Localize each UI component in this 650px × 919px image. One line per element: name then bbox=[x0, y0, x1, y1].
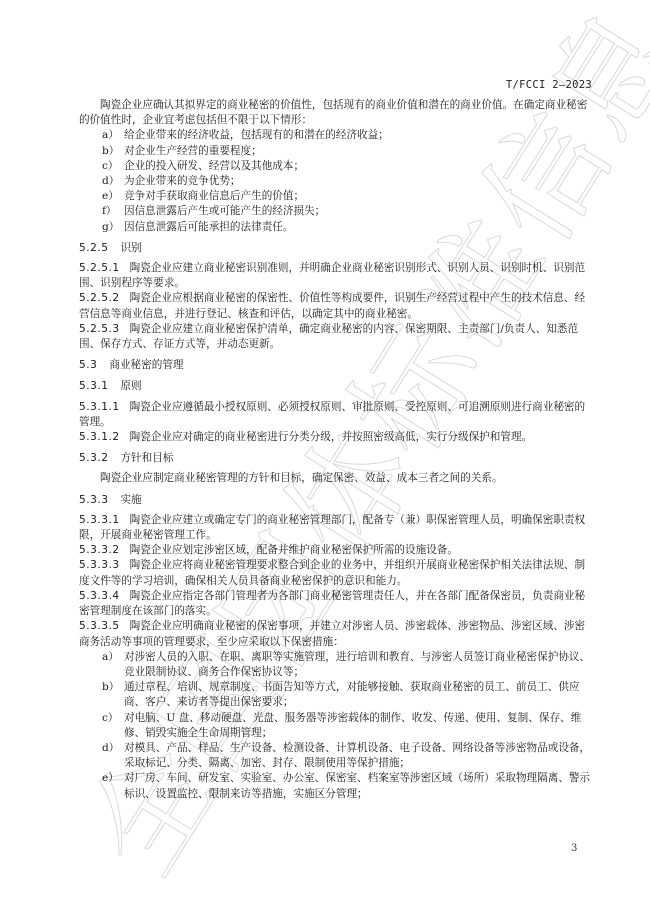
list-item-text: 对电脑、U 盘、移动硬盘、光盘、服务器等涉密载体的制作、收发、传递、使用、复制、… bbox=[124, 712, 581, 739]
clause-5-3-3-2: 5.3.3.2陶瓷企业应划定涉密区域，配备并维护商业秘密保护所需的设施设备。 bbox=[79, 543, 594, 558]
clause-5-3-3-4: 5.3.3.4陶瓷企业应指定各部门管理者为各部门商业秘密管理责任人，并在各部门配… bbox=[79, 589, 594, 619]
intro-paragraph: 陶瓷企业应确认其拟界定的商业秘密的价值性，包括现有的商业价值和潜在的商业价值。在… bbox=[79, 98, 594, 128]
list-item-text: 竞争对手获取商业信息后产生的价值； bbox=[124, 190, 304, 202]
page-number: 3 bbox=[571, 843, 577, 854]
section-heading-5-3-2: 5.3.2方针和目标 bbox=[79, 451, 594, 466]
list-item: e）竞争对手获取商业信息后产生的价值； bbox=[79, 189, 594, 204]
list-item-text: 因信息泄露后可能承担的法律责任。 bbox=[124, 221, 294, 233]
section-number: 5.3.1 bbox=[79, 380, 108, 392]
list-marker: b） bbox=[102, 144, 119, 159]
list-item: b）对企业生产经营的重要程度； bbox=[79, 144, 594, 159]
list-item-text: 通过章程、培训、规章制度、书面告知等方式，对能够接触、获取商业秘密的员工、前员工… bbox=[124, 681, 580, 708]
clause-5-2-5-2: 5.2.5.2陶瓷企业应根据商业秘密的保密性、价值性等构成要件，识别生产经营过程… bbox=[79, 291, 594, 321]
section-number: 5.3.3 bbox=[79, 494, 108, 506]
section-title: 实施 bbox=[120, 494, 141, 506]
list-item: b）通过章程、培训、规章制度、书面告知等方式，对能够接触、获取商业秘密的员工、前… bbox=[79, 680, 594, 710]
clause-text: 陶瓷企业应划定涉密区域，配备并维护商业秘密保护所需的设施设备。 bbox=[130, 544, 458, 556]
list-marker: e） bbox=[102, 189, 119, 204]
section-title: 商业秘密的管理 bbox=[109, 359, 183, 371]
section-number: 5.2.5 bbox=[79, 242, 108, 254]
list-marker: a） bbox=[102, 650, 119, 665]
list-marker: b） bbox=[102, 680, 119, 695]
value-criteria-list: a）给企业带来的经济收益，包括现有的和潜在的经济收益； b）对企业生产经营的重要… bbox=[79, 128, 594, 234]
clause-text: 陶瓷企业应对确定的商业秘密进行分类分级，并按照密级高低，实行分级保护和管理。 bbox=[130, 431, 533, 443]
clause-number: 5.3.3.2 bbox=[79, 544, 120, 556]
clause-5-3-3-1: 5.3.3.1陶瓷企业应建立或确定专门的商业秘密管理部门，配备专（兼）职保密管理… bbox=[79, 513, 594, 543]
clause-text: 陶瓷企业应明确商业秘密的保密事项，并建立对涉密人员、涉密载体、涉密物品、涉密区域… bbox=[79, 620, 585, 647]
list-item: a）对涉密人员的入职、在职、离职等实施管理，进行培训和教育、与涉密人员签订商业秘… bbox=[79, 650, 594, 680]
list-marker: f） bbox=[102, 204, 117, 219]
list-marker: g） bbox=[102, 220, 119, 235]
clause-5-3-3-3: 5.3.3.3陶瓷企业应将商业秘密管理要求整合到企业的业务中，并组织开展商业秘密… bbox=[79, 558, 594, 588]
clause-number: 5.3.1.2 bbox=[79, 431, 120, 443]
list-marker: d） bbox=[102, 741, 119, 756]
clause-text: 陶瓷企业应建立商业秘密保护清单，确定商业秘密的内容、保密期限、主责部门/负责人、… bbox=[79, 323, 578, 350]
list-item-text: 对涉密人员的入职、在职、离职等实施管理，进行培训和教育、与涉密人员签订商业秘密保… bbox=[124, 651, 590, 678]
list-marker: e） bbox=[102, 771, 119, 786]
confidentiality-measures-list: a）对涉密人员的入职、在职、离职等实施管理，进行培训和教育、与涉密人员签订商业秘… bbox=[79, 650, 594, 802]
list-item-text: 给企业带来的经济收益，包括现有的和潜在的经济收益； bbox=[124, 129, 389, 141]
clause-5-3-3-5: 5.3.3.5陶瓷企业应明确商业秘密的保密事项，并建立对涉密人员、涉密载体、涉密… bbox=[79, 619, 594, 649]
clause-text: 陶瓷企业应遵循最小授权原则、必须授权原则、审批原则、受控原则、可追溯原则进行商业… bbox=[79, 401, 585, 428]
clause-5-3-1-1: 5.3.1.1陶瓷企业应遵循最小授权原则、必须授权原则、审批原则、受控原则、可追… bbox=[79, 400, 594, 430]
clause-number: 5.3.3.3 bbox=[79, 559, 120, 571]
clause-text: 陶瓷企业应根据商业秘密的保密性、价值性等构成要件，识别生产经营过程中产生的技术信… bbox=[79, 292, 585, 319]
list-item: e）对厂房、车间、研发室、实验室、办公室、保密室、档案室等涉密区域（场所）采取物… bbox=[79, 771, 594, 801]
list-item: c）对电脑、U 盘、移动硬盘、光盘、服务器等涉密载体的制作、收发、传递、使用、复… bbox=[79, 711, 594, 741]
section-heading-5-2-5: 5.2.5识别 bbox=[79, 241, 594, 256]
section-title: 原则 bbox=[120, 380, 141, 392]
list-marker: c） bbox=[102, 711, 119, 726]
clause-text: 陶瓷企业应将商业秘密管理要求整合到企业的业务中，并组织开展商业秘密保护相关法律法… bbox=[79, 559, 585, 586]
list-marker: d） bbox=[102, 174, 119, 189]
clause-5-2-5-1: 5.2.5.1陶瓷企业应建立商业秘密识别准则，并明确企业商业秘密识别形式、识别人… bbox=[79, 261, 594, 291]
section-number: 5.3.2 bbox=[79, 452, 108, 464]
document-page: T/FCCI 2—2023 陶瓷企业应确认其拟界定的商业秘密的价值性，包括现有的… bbox=[0, 0, 650, 919]
clause-5-2-5-3: 5.2.5.3陶瓷企业应建立商业秘密保护清单，确定商业秘密的内容、保密期限、主责… bbox=[79, 322, 594, 352]
list-item: d）为企业带来的竞争优势； bbox=[79, 174, 594, 189]
list-item: c）企业的投入研发、经营以及其他成本； bbox=[79, 159, 594, 174]
section-title: 识别 bbox=[120, 242, 141, 254]
clause-number: 5.2.5.3 bbox=[79, 323, 120, 335]
section-title: 方针和目标 bbox=[120, 452, 173, 464]
list-item-text: 因信息泄露后产生或可能产生的经济损失； bbox=[124, 205, 325, 217]
standard-code-header: T/FCCI 2—2023 bbox=[506, 79, 592, 91]
clause-5-3-1-2: 5.3.1.2陶瓷企业应对确定的商业秘密进行分类分级，并按照密级高低，实行分级保… bbox=[79, 430, 594, 445]
clause-number: 5.3.1.1 bbox=[79, 401, 120, 413]
list-item-text: 对厂房、车间、研发室、实验室、办公室、保密室、档案室等涉密区域（场所）采取物理隔… bbox=[124, 772, 590, 799]
clause-number: 5.3.3.5 bbox=[79, 620, 120, 632]
list-item-text: 对模具、产品、样品、生产设备、检测设备、计算机设备、电子设备、网络设备等涉密物品… bbox=[124, 742, 590, 769]
clause-text: 陶瓷企业应建立或确定专门的商业秘密管理部门，配备专（兼）职保密管理人员，明确保密… bbox=[79, 514, 585, 541]
section-heading-5-3-1: 5.3.1原则 bbox=[79, 379, 594, 394]
list-marker: a） bbox=[102, 128, 119, 143]
section-number: 5.3 bbox=[79, 359, 97, 371]
list-item-text: 为企业带来的竞争优势； bbox=[124, 175, 241, 187]
clause-text: 陶瓷企业应指定各部门管理者为各部门商业秘密管理责任人，并在各部门配备保密员，负责… bbox=[79, 590, 585, 617]
clause-number: 5.3.3.1 bbox=[79, 514, 120, 526]
list-item: a）给企业带来的经济收益，包括现有的和潜在的经济收益； bbox=[79, 128, 594, 143]
list-item-text: 对企业生产经营的重要程度； bbox=[124, 145, 262, 157]
clause-text: 陶瓷企业应建立商业秘密识别准则，并明确企业商业秘密识别形式、识别人员、识别时机、… bbox=[79, 262, 585, 289]
list-item: g）因信息泄露后可能承担的法律责任。 bbox=[79, 220, 594, 235]
section-heading-5-3-3: 5.3.3实施 bbox=[79, 493, 594, 508]
list-marker: c） bbox=[102, 159, 119, 174]
section-heading-5-3: 5.3商业秘密的管理 bbox=[79, 358, 594, 373]
page-content: 陶瓷企业应确认其拟界定的商业秘密的价值性，包括现有的商业价值和潜在的商业价值。在… bbox=[79, 98, 594, 802]
list-item: f）因信息泄露后产生或可能产生的经济损失； bbox=[79, 204, 594, 219]
policy-paragraph: 陶瓷企业应制定商业秘密管理的方针和目标，确定保密、效益、成本三者之间的关系。 bbox=[79, 471, 594, 486]
list-item: d）对模具、产品、样品、生产设备、检测设备、计算机设备、电子设备、网络设备等涉密… bbox=[79, 741, 594, 771]
clause-number: 5.2.5.2 bbox=[79, 292, 120, 304]
clause-number: 5.3.3.4 bbox=[79, 590, 120, 602]
list-item-text: 企业的投入研发、经营以及其他成本； bbox=[124, 160, 304, 172]
clause-number: 5.2.5.1 bbox=[79, 262, 120, 274]
